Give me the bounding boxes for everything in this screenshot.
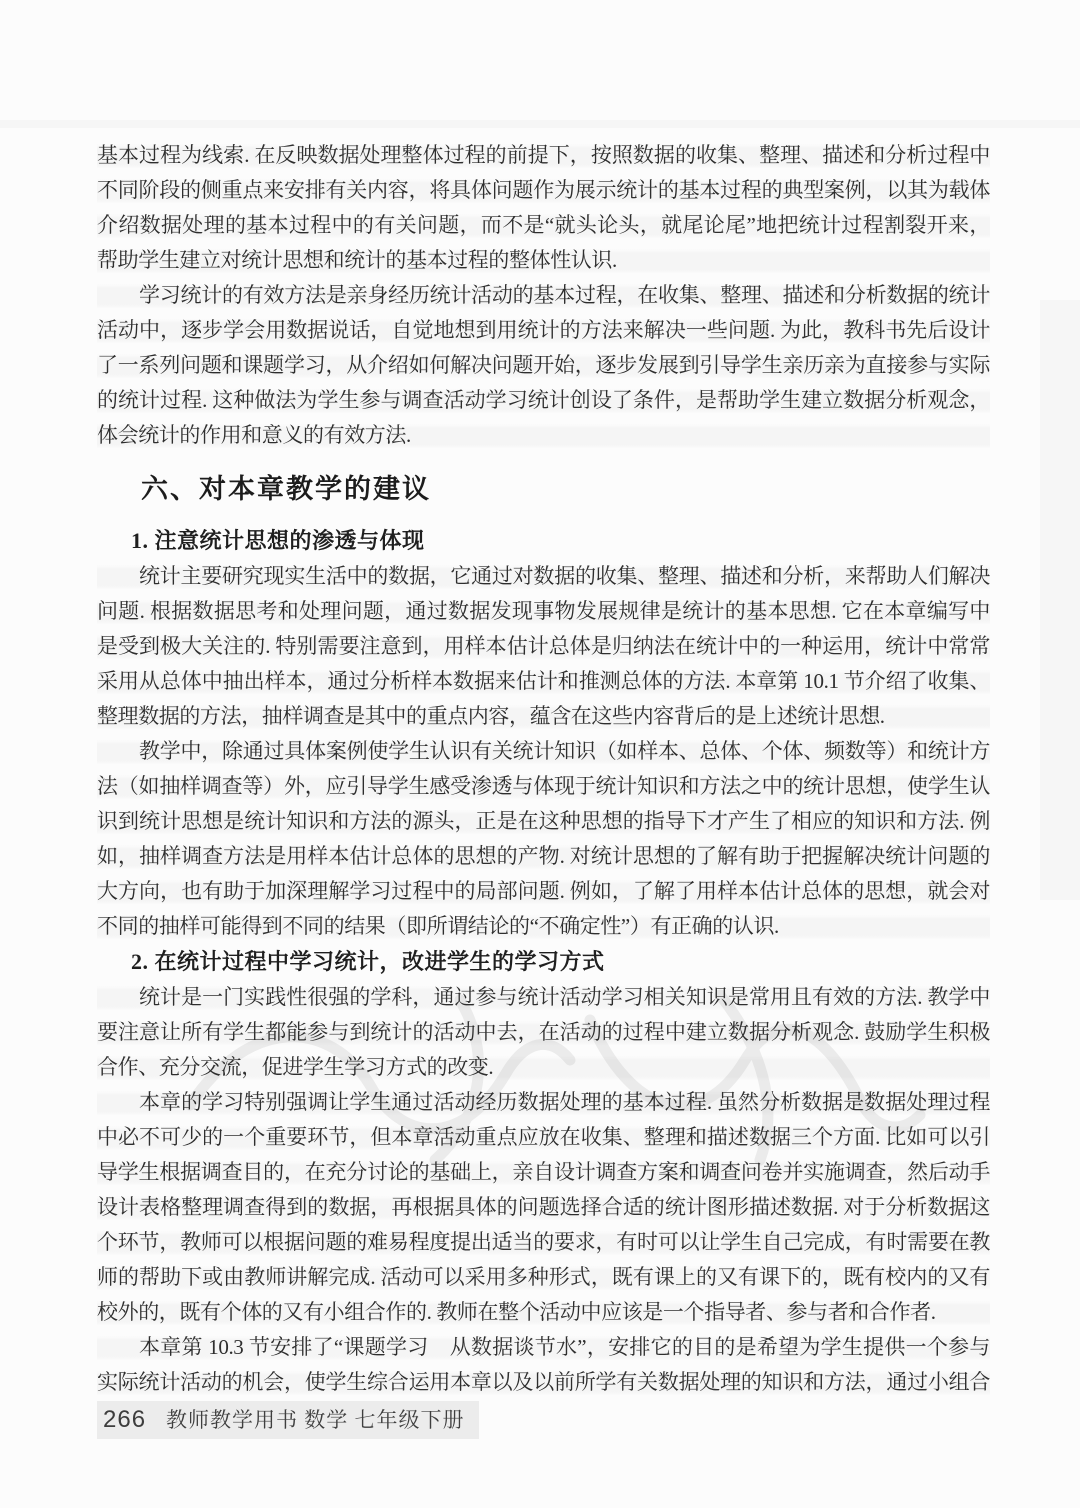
text-line: 活动中，逐步学会用数据说话，自觉地想到用统计的方法来解决一些问题. 为此，教科书…	[97, 313, 990, 348]
text-line: 合作、充分交流，促进学生学习方式的改变.	[97, 1050, 990, 1085]
paragraph: 统计主要研究现实生活中的数据，它通过对数据的收集、整理、描述和分析，来帮助人们解…	[97, 559, 990, 734]
text-line: 体会统计的作用和意义的有效方法.	[97, 418, 990, 453]
text-line: 要注意让所有学生都能参与到统计的活动中去，在活动的过程中建立数据分析观念. 鼓励…	[97, 1015, 990, 1050]
text-line: 基本过程为线索. 在反映数据处理整体过程的前提下，按照数据的收集、整理、描述和分…	[97, 138, 990, 173]
text-line: 统计是一门实践性很强的学科，通过参与统计活动学习相关知识是常用且有效的方法. 教…	[97, 980, 990, 1015]
text-line: 学习统计的有效方法是亲身经历统计活动的基本过程，在收集、整理、描述和分析数据的统…	[97, 278, 990, 313]
subsection-heading: 2. 在统计过程中学习统计，改进学生的学习方式	[97, 944, 990, 980]
text-line: 问题. 根据数据思考和处理问题，通过数据发现事物发展规律是统计的基本思想. 它在…	[97, 594, 990, 629]
text-line: 中必不可少的一个重要环节，但本章活动重点应放在收集、整理和描述数据三个方面. 比…	[97, 1120, 990, 1155]
text-line: 介绍数据处理的基本过程中的有关问题，而不是“就头论头，就尾论尾”地把统计过程割裂…	[97, 208, 990, 243]
text-line: 不同阶段的侧重点来安排有关内容，将具体问题作为展示统计的基本过程的典型案例，以其…	[97, 173, 990, 208]
text-line: 大方向，也有助于加深理解学习过程中的局部问题. 例如，了解了用样本估计总体的思想…	[97, 874, 990, 909]
paragraph: 学习统计的有效方法是亲身经历统计活动的基本过程，在收集、整理、描述和分析数据的统…	[97, 278, 990, 453]
paragraph: 统计是一门实践性很强的学科，通过参与统计活动学习相关知识是常用且有效的方法. 教…	[97, 980, 990, 1085]
text-line: 不同的抽样可能得到不同的结果（即所谓结论的“不确定性”）有正确的认识.	[97, 909, 990, 944]
text-line: 如，抽样调查方法是用样本估计总体的思想的产物. 对统计思想的了解有助于把握解决统…	[97, 839, 990, 874]
book-title: 教师教学用书 数学 七年级下册	[166, 1404, 465, 1434]
text-line: 统计主要研究现实生活中的数据，它通过对数据的收集、整理、描述和分析，来帮助人们解…	[97, 559, 990, 594]
text-line: 整理数据的方法，抽样调查是其中的重点内容，蕴含在这些内容背后的是上述统计思想.	[97, 699, 990, 734]
text-line: 了一系列问题和课题学习，从介绍如何解决问题开始，逐步发展到引导学生亲历亲为直接参…	[97, 348, 990, 383]
paragraph: 本章第 10.3 节安排了“课题学习 从数据谈节水”，安排它的目的是希望为学生提…	[97, 1330, 990, 1400]
text-line: 法（如抽样调查等）外，应引导学生感受渗透与体现于统计知识和方法之中的统计思想，使…	[97, 769, 990, 804]
text-line: 帮助学生建立对统计思想和统计的基本过程的整体性认识.	[97, 243, 990, 278]
text-line: 教学中，除通过具体案例使学生认识有关统计知识（如样本、总体、个体、频数等）和统计…	[97, 734, 990, 769]
scan-artifact	[0, 120, 1080, 128]
paragraph: 基本过程为线索. 在反映数据处理整体过程的前提下，按照数据的收集、整理、描述和分…	[97, 138, 990, 278]
text-line: 导学生根据调查目的，在充分讨论的基础上，亲自设计调查方案和调查问卷并实施调查，然…	[97, 1155, 990, 1190]
text-line: 采用从总体中抽出样本，通过分析样本数据来估计和推测总体的方法. 本章第 10.1…	[97, 664, 990, 699]
subsection-heading: 1. 注意统计思想的渗透与体现	[97, 523, 990, 559]
section-heading: 六、对本章教学的建议	[97, 468, 990, 510]
scan-artifact	[1040, 300, 1080, 900]
text-line: 的统计过程. 这种做法为学生参与调查活动学习统计创设了条件，是帮助学生建立数据分…	[97, 383, 990, 418]
paragraph: 本章的学习特别强调让学生通过活动经历数据处理的基本过程. 虽然分析数据是数据处理…	[97, 1085, 990, 1330]
text-line: 校外的，既有个体的又有小组合作的. 教师在整个活动中应该是一个指导者、参与者和合…	[97, 1295, 990, 1330]
text-line: 是受到极大关注的. 特别需要注意到，用样本估计总体是归纳法在统计中的一种运用，统…	[97, 629, 990, 664]
text-line: 师的帮助下或由教师讲解完成. 活动可以采用多种形式，既有课上的又有课下的，既有校…	[97, 1260, 990, 1295]
page-number: 266	[103, 1406, 146, 1434]
text-line: 个环节，教师可以根据问题的难易程度提出适当的要求，有时可以让学生自己完成，有时需…	[97, 1225, 990, 1260]
text-line: 识到统计思想是统计知识和方法的源头，正是在这种思想的指导下才产生了相应的知识和方…	[97, 804, 990, 839]
scanned-book-page: 基本过程为线索. 在反映数据处理整体过程的前提下，按照数据的收集、整理、描述和分…	[0, 0, 1080, 1508]
text-line: 实际统计活动的机会，使学生综合运用本章以及以前所学有关数据处理的知识和方法，通过…	[97, 1365, 990, 1400]
page-footer: 266 教师教学用书 数学 七年级下册	[97, 1401, 479, 1439]
text-line: 本章第 10.3 节安排了“课题学习 从数据谈节水”，安排它的目的是希望为学生提…	[97, 1330, 990, 1365]
page-text-column: 基本过程为线索. 在反映数据处理整体过程的前提下，按照数据的收集、整理、描述和分…	[97, 138, 990, 1400]
paragraph: 教学中，除通过具体案例使学生认识有关统计知识（如样本、总体、个体、频数等）和统计…	[97, 734, 990, 944]
text-line: 设计表格整理调查得到的数据，再根据具体的问题选择合适的统计图形描述数据. 对于分…	[97, 1190, 990, 1225]
text-line: 本章的学习特别强调让学生通过活动经历数据处理的基本过程. 虽然分析数据是数据处理…	[97, 1085, 990, 1120]
